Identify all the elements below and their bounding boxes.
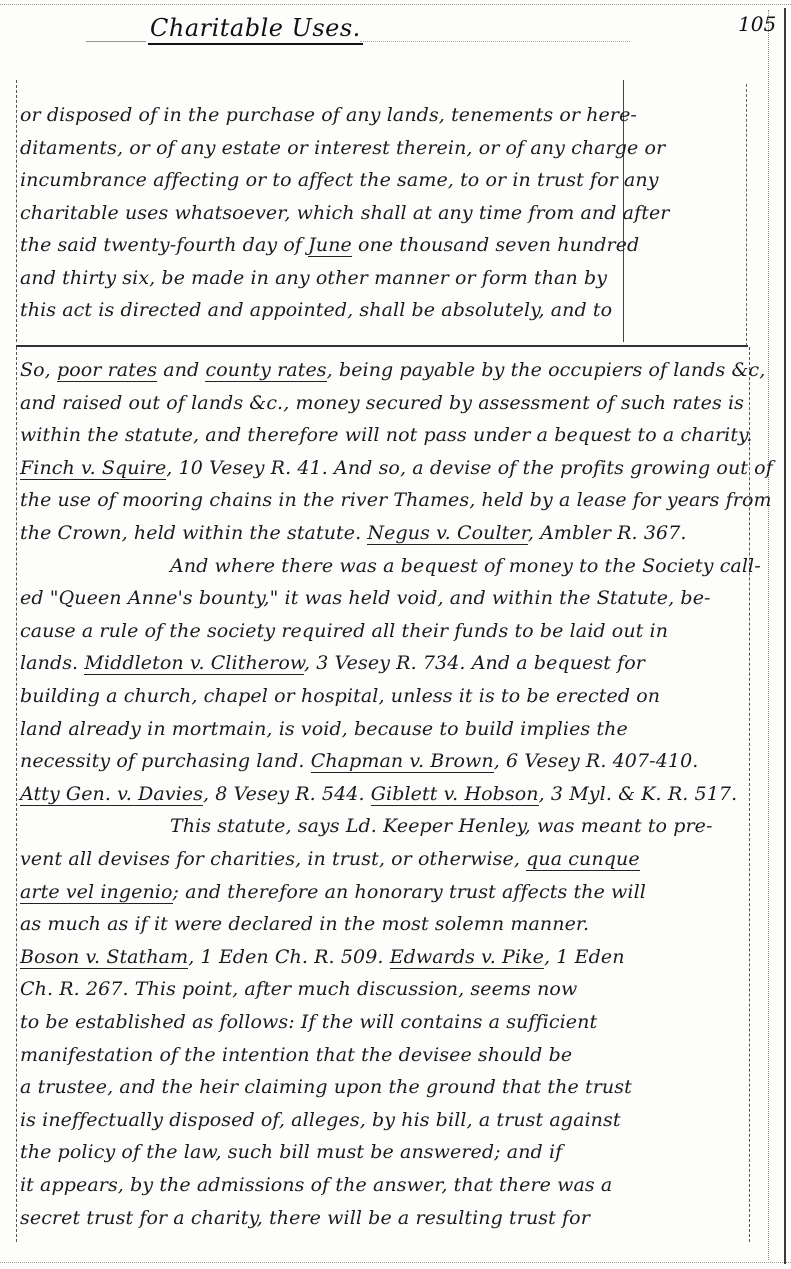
text-run: vent all devises for charities, in trust… bbox=[20, 848, 526, 870]
commentary-line: it appears, by the admissions of the ans… bbox=[20, 1173, 612, 1197]
statute-line: the said twenty-fourth day of June one t… bbox=[20, 233, 639, 257]
commentary-line: necessity of purchasing land. Chapman v.… bbox=[20, 749, 698, 773]
commentary-line: lands. Middleton v. Clitherow, 3 Vesey R… bbox=[20, 651, 645, 675]
commentary-line: Atty Gen. v. Davies, 8 Vesey R. 544. Gib… bbox=[20, 782, 737, 806]
text-run: , 10 Vesey R. 41. And so, a devise of th… bbox=[166, 457, 773, 479]
text-run: as much as if it were declared in the mo… bbox=[20, 913, 589, 935]
case-citation: Atty Gen. v. Davies bbox=[20, 783, 203, 806]
text-run: it appears, by the admissions of the ans… bbox=[20, 1174, 612, 1196]
text-run: is ineffectually disposed of, alleges, b… bbox=[20, 1109, 621, 1131]
case-citation: Middleton v. Clitherow bbox=[84, 652, 304, 675]
text-run: lands. bbox=[20, 652, 84, 674]
text-run: , Ambler R. 367. bbox=[528, 522, 687, 544]
commentary-line: within the statute, and therefore will n… bbox=[20, 423, 753, 447]
statute-line: incumbrance affecting or to affect the s… bbox=[20, 168, 659, 192]
text-run: and bbox=[157, 359, 205, 381]
page-right-rule bbox=[768, 10, 769, 1260]
page-number: 105 bbox=[738, 12, 776, 36]
case-citation: Boson v. Statham bbox=[20, 946, 188, 969]
statute-line: and thirty six, be made in any other man… bbox=[20, 266, 607, 290]
commentary-line: the Crown, held within the statute. Negu… bbox=[20, 521, 687, 545]
commentary-line: arte vel ingenio; and therefore an honor… bbox=[20, 880, 646, 904]
commentary-line: is ineffectually disposed of, alleges, b… bbox=[20, 1108, 621, 1132]
text-run: , 1 Eden bbox=[544, 946, 625, 968]
text-run: land already in mortmain, is void, becau… bbox=[20, 718, 628, 740]
text-run: , 1 Eden Ch. R. 509. bbox=[188, 946, 389, 968]
text-run: a trustee, and the heir claiming upon th… bbox=[20, 1076, 632, 1098]
manuscript-page: Charitable Uses. 105 or disposed of in t… bbox=[0, 0, 791, 1269]
text-run: the policy of the law, such bill must be… bbox=[20, 1141, 562, 1163]
commentary-line: vent all devises for charities, in trust… bbox=[20, 847, 640, 871]
commentary-line: the policy of the law, such bill must be… bbox=[20, 1140, 562, 1164]
text-run: secret trust for a charity, there will b… bbox=[20, 1207, 590, 1229]
case-citation: Giblett v. Hobson bbox=[371, 783, 539, 806]
commentary-line: Finch v. Squire, 10 Vesey R. 41. And so,… bbox=[20, 456, 773, 480]
commentary-line: cause a rule of the society required all… bbox=[20, 619, 668, 643]
statute-line: ditaments, or of any estate or interest … bbox=[20, 136, 665, 160]
text-run: necessity of purchasing land. bbox=[20, 750, 311, 772]
commentary-line: a trustee, and the heir claiming upon th… bbox=[20, 1075, 632, 1099]
commentary-line: the use of mooring chains in the river T… bbox=[20, 488, 772, 512]
case-citation: Chapman v. Brown bbox=[311, 750, 494, 773]
scan-edge-bottom bbox=[0, 1262, 791, 1263]
text-run: So, bbox=[20, 359, 57, 381]
commentary-line: secret trust for a charity, there will b… bbox=[20, 1206, 590, 1230]
statute-line: this act is directed and appointed, shal… bbox=[20, 298, 612, 322]
commentary-line: ed "Queen Anne's bounty," it was held vo… bbox=[20, 586, 711, 610]
commentary-line: manifestation of the intention that the … bbox=[20, 1043, 572, 1067]
commentary-line: building a church, chapel or hospital, u… bbox=[20, 684, 660, 708]
commentary-line: Boson v. Statham, 1 Eden Ch. R. 509. Edw… bbox=[20, 945, 625, 969]
commentary-line: as much as if it were declared in the mo… bbox=[20, 912, 589, 936]
text-run: within the statute, and therefore will n… bbox=[20, 424, 753, 446]
scan-edge-top bbox=[0, 4, 791, 5]
text-run: the use of mooring chains in the river T… bbox=[20, 489, 772, 511]
text-run: ; and therefore an honorary trust affect… bbox=[173, 881, 646, 903]
commentary-line: So, poor rates and county rates, being p… bbox=[20, 358, 765, 382]
text-run: cause a rule of the society required all… bbox=[20, 620, 668, 642]
text-run: , 3 Myl. & K. R. 517. bbox=[539, 783, 738, 805]
case-citation: Finch v. Squire bbox=[20, 457, 166, 480]
case-citation: county rates bbox=[205, 359, 326, 382]
case-citation: arte vel ingenio bbox=[20, 881, 173, 904]
text-run: building a church, chapel or hospital, u… bbox=[20, 685, 660, 707]
text-run: This statute, says Ld. Keeper Henley, wa… bbox=[170, 815, 713, 837]
text-run: manifestation of the intention that the … bbox=[20, 1044, 572, 1066]
text-run: , being payable by the occupiers of land… bbox=[327, 359, 766, 381]
header-rule-right bbox=[360, 41, 630, 42]
case-citation: Edwards v. Pike bbox=[390, 946, 544, 969]
commentary-line: and raised out of lands &c., money secur… bbox=[20, 391, 744, 415]
commentary-line: land already in mortmain, is void, becau… bbox=[20, 717, 628, 741]
text-run: ed "Queen Anne's bounty," it was held vo… bbox=[20, 587, 711, 609]
text-run: the Crown, held within the statute. bbox=[20, 522, 367, 544]
page-title: Charitable Uses. bbox=[148, 14, 363, 45]
text-run: And where there was a bequest of money t… bbox=[170, 555, 761, 577]
case-citation: poor rates bbox=[57, 359, 157, 382]
commentary-line: And where there was a bequest of money t… bbox=[170, 554, 761, 578]
commentary-line: This statute, says Ld. Keeper Henley, wa… bbox=[170, 814, 713, 838]
text-run: , 6 Vesey R. 407-410. bbox=[494, 750, 699, 772]
text-run: to be established as follows: If the wil… bbox=[20, 1011, 597, 1033]
page-right-edge bbox=[784, 8, 786, 1264]
commentary-line: to be established as follows: If the wil… bbox=[20, 1010, 597, 1034]
case-citation: qua cunque bbox=[526, 848, 640, 871]
text-run: and raised out of lands &c., money secur… bbox=[20, 392, 744, 414]
commentary-line: Ch. R. 267. This point, after much discu… bbox=[20, 977, 577, 1001]
text-run: Ch. R. 267. This point, after much discu… bbox=[20, 978, 577, 1000]
text-run: , 3 Vesey R. 734. And a bequest for bbox=[304, 652, 645, 674]
statute-line: charitable uses whatsoever, which shall … bbox=[20, 201, 669, 225]
header-rule-left bbox=[86, 41, 146, 42]
statute-line: or disposed of in the purchase of any la… bbox=[20, 103, 637, 127]
case-citation: Negus v. Coulter bbox=[367, 522, 527, 545]
text-run: , 8 Vesey R. 544. bbox=[203, 783, 371, 805]
